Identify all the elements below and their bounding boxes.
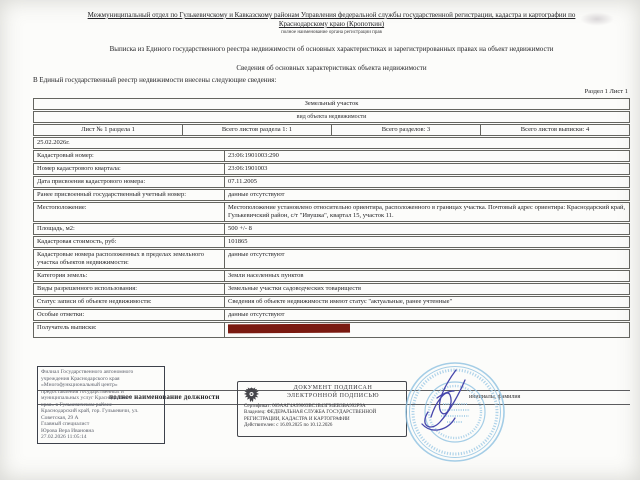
date-row: 25.02.2026г.: [33, 137, 630, 149]
row-value: данные отсутствуют: [225, 310, 629, 320]
row-label: Местоположение:: [34, 203, 225, 221]
row-label: Кадастровый номер:: [34, 151, 225, 161]
row-label: Виды разрешенного использования:: [34, 284, 225, 294]
table-row: Номер кадастрового квартала: 23:06:19010…: [33, 163, 630, 175]
object-type-caption: вид объекта недвижимости: [34, 112, 629, 122]
table-row: Особые отметки: данные отсутствуют: [33, 309, 630, 321]
row-value: Земельные участки садоводческих товарище…: [225, 284, 629, 294]
row-label: Категория земель:: [34, 271, 225, 281]
row-label: Особые отметки:: [34, 310, 225, 320]
esign-title-line1: ДОКУМЕНТ ПОДПИСАН: [262, 385, 404, 393]
date-value: 25.02.2026г.: [34, 138, 73, 148]
object-type: Земельный участок: [34, 99, 629, 109]
esign-title-line2: ЭЛЕКТРОННОЙ ПОДПИСЬЮ: [262, 393, 404, 401]
row-value: [225, 323, 629, 337]
row-value: Земли населенных пунктов: [225, 271, 629, 281]
esign-header: ДОКУМЕНТ ПОДПИСАН ЭЛЕКТРОННОЙ ПОДПИСЬЮ: [238, 382, 406, 401]
table-row: Ранее присвоенный государственный учетны…: [33, 189, 630, 201]
mfc-office-stamp: Филиал Государственного автономного учре…: [37, 366, 165, 444]
document-title: Выписка из Единого государственного реес…: [33, 45, 630, 54]
row-value: Сведения об объекте недвижимости имеют с…: [225, 297, 629, 307]
table-row: Статус записи об объекте недвижимости: С…: [33, 296, 630, 308]
row-label: Номер кадастрового квартала:: [34, 164, 225, 174]
document-content: Межмуниципальный отдел по Гулькевичскому…: [0, 0, 640, 338]
sheet-info-cell: Лист № 1 раздела 1: [34, 125, 183, 135]
table-row: Дата присвоения кадастрового номера: 07.…: [33, 176, 630, 188]
row-label: Ранее присвоенный государственный учетны…: [34, 190, 225, 200]
electronic-signature-stamp: ДОКУМЕНТ ПОДПИСАН ЭЛЕКТРОННОЙ ПОДПИСЬЮ С…: [237, 381, 407, 437]
esign-details: Сертификат: 009ААГ4А99063ВС1В43Г94ЕВ3ВА9…: [238, 401, 406, 429]
scanned-egrn-extract-page: Межмуниципальный отдел по Гулькевичскому…: [0, 0, 640, 480]
sheet-info-cell: Всего разделов: 3: [332, 125, 481, 135]
scan-smudge-artifact: [580, 12, 614, 26]
row-label: Дата присвоения кадастрового номера:: [34, 177, 225, 187]
sheet-info-cell: Всего листов выписки: 4: [481, 125, 629, 135]
row-value: Местоположение установлено относительно …: [225, 203, 629, 221]
row-value: 07.11.2005: [225, 177, 629, 187]
handwritten-signature: [404, 364, 482, 446]
registration-authority-name: Межмуниципальный отдел по Гулькевичскому…: [67, 11, 597, 29]
row-value: 500 +/- 8: [225, 224, 629, 234]
row-label: Статус записи об объекте недвижимости:: [34, 297, 225, 307]
object-type-row: Земельный участок: [33, 98, 630, 110]
authority-name-caption: полное наименование органа регистрации п…: [33, 30, 630, 36]
section-title: Сведения об основных характеристиках объ…: [33, 64, 630, 73]
row-label: Получатель выписки:: [34, 323, 225, 337]
table-row: Площадь, м2: 500 +/- 8: [33, 223, 630, 235]
row-value: 23:06:1901003:290: [225, 151, 629, 161]
property-characteristics-table: Земельный участок вид объекта недвижимос…: [33, 98, 630, 338]
row-value: данные отсутствуют: [225, 250, 629, 268]
table-row: Кадастровая стоимость, руб: 101865: [33, 236, 630, 248]
row-value: 101865: [225, 237, 629, 247]
row-label: Площадь, м2:: [34, 224, 225, 234]
sheet-info-cell: Всего листов раздела 1: 1: [183, 125, 332, 135]
receiver-row: Получатель выписки:: [33, 322, 630, 338]
table-row: Кадастровые номера расположенных в преде…: [33, 249, 630, 269]
row-value: 23:06:1901003: [225, 164, 629, 174]
esign-validity: Действителен: с 16.09.2025 по 10.12.2026: [244, 423, 402, 429]
section-sheet-reference: Раздел 1 Лист 1: [33, 88, 630, 96]
double-headed-eagle-icon: [242, 385, 261, 405]
row-value: данные отсутствуют: [225, 190, 629, 200]
sheet-info-row: Лист № 1 раздела 1 Всего листов раздела …: [33, 124, 630, 136]
mfc-stamp-line: 27.02.2026 11:05:14: [41, 434, 161, 441]
row-label: Кадастровые номера расположенных в преде…: [34, 250, 225, 268]
table-row: Кадастровый номер: 23:06:1901003:290: [33, 150, 630, 162]
redaction-block: [228, 324, 350, 334]
row-label: Кадастровая стоимость, руб:: [34, 237, 225, 247]
table-row: Виды разрешенного использования: Земельн…: [33, 283, 630, 295]
intro-line: В Единый государственный реестр недвижим…: [33, 76, 630, 85]
table-row: Категория земель: Земли населенных пункт…: [33, 270, 630, 282]
table-row: Местоположение: Местоположение установле…: [33, 202, 630, 222]
object-type-caption-row: вид объекта недвижимости: [33, 111, 630, 123]
